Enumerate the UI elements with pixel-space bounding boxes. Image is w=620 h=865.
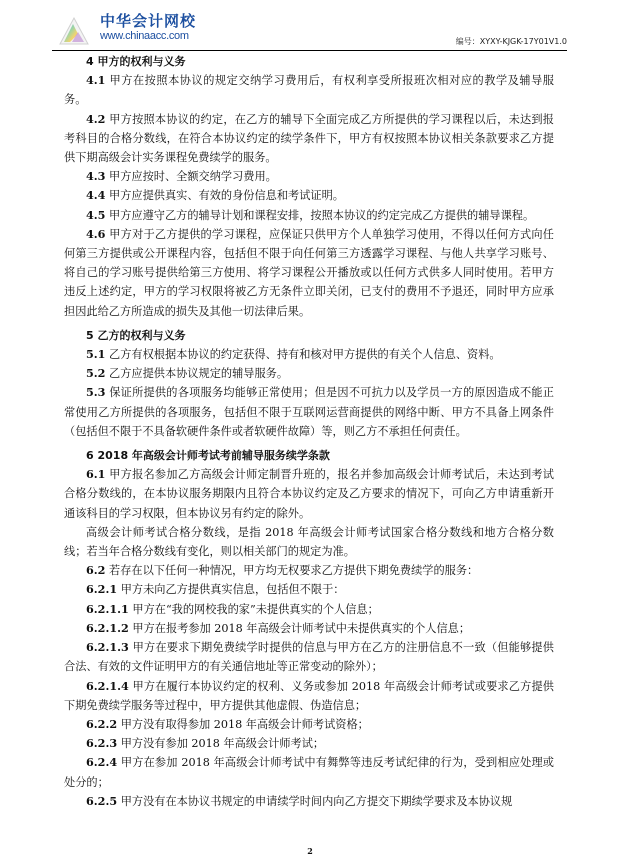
header-rule <box>52 50 567 51</box>
clause: 6.2 若存在以下任何一种情况，甲方均无权要求乙方提供下期免费续学的服务： <box>64 561 554 580</box>
clause-number: 6.2.4 <box>86 755 117 769</box>
clause: 4.4 甲方应提供真实、有效的身份信息和考试证明。 <box>64 186 554 205</box>
clause: 5.3 保证所提供的各项服务均能够正常使用；但是因不可抗力以及学员一方的原因造成… <box>64 383 554 441</box>
brand-url: www.chinaacc.com <box>100 30 196 43</box>
clause: 高级会计师考试合格分数线，是指 2018 年高级会计师考试国家合格分数线和地方合… <box>64 523 554 561</box>
clause-text: 甲方应遵守乙方的辅导计划和课程安排，按照本协议的约定完成乙方提供的辅导课程。 <box>105 209 534 222</box>
clause-number: 4.5 <box>86 208 105 222</box>
clause: 6.2.1.4 甲方在履行本协议约定的权利、义务或参加 2018 年高级会计师考… <box>64 677 554 715</box>
clause-number: 6.2.3 <box>86 736 117 750</box>
clause-text: 甲方没有在本协议书规定的申请续学时间内向乙方提交下期续学要求及本协议规 <box>117 795 512 808</box>
clause-number: 4.6 <box>86 227 105 241</box>
clause-number: 6.2.1.2 <box>86 621 129 635</box>
clause: 6.1 甲方报名参加乙方高级会计师定制晋升班的，报名并参加高级会计师考试后，未达… <box>64 465 554 523</box>
clause: 6.2.2 甲方没有取得参加 2018 年高级会计师考试资格； <box>64 715 554 734</box>
clause: 4.2 甲方按照本协议的约定，在乙方的辅导下全面完成乙方所提供的学习课程以后，未… <box>64 110 554 168</box>
clause-number: 6.2.1.1 <box>86 602 129 616</box>
clause-number: 6.2 <box>86 563 105 577</box>
clause-number: 6.2.1.3 <box>86 640 129 654</box>
clause-text: 甲方在参加 2018 年高级会计师考试中有舞弊等违反考试纪律的行为，受到相应处理… <box>64 756 554 788</box>
clause-text: 甲方在报考参加 2018 年高级会计师考试中未提供真实的个人信息； <box>129 622 470 635</box>
clause-text: 若存在以下任何一种情况，甲方均无权要求乙方提供下期免费续学的服务： <box>105 564 478 577</box>
clause-text: 甲方对于乙方提供的学习课程，应保证只供甲方个人单独学习使用，不得以任何方式向任何… <box>64 228 554 318</box>
clause-number: 5.1 <box>86 347 105 361</box>
clause: 6.2.1.3 甲方在要求下期免费续学时提供的信息与甲方在乙方的注册信息不一致（… <box>64 638 554 676</box>
clause: 5.2 乙方应提供本协议规定的辅导服务。 <box>64 364 554 383</box>
page-header: 中华会计网校 www.chinaacc.com 编号：XYXY-KJGK-17Y… <box>52 10 567 50</box>
clause: 6.2.1 甲方未向乙方提供真实信息，包括但不限于： <box>64 580 554 599</box>
clause: 4.1 甲方在按照本协议的规定交纳学习费用后，有权利享受所报班次相对应的教学及辅… <box>64 71 554 109</box>
clause-text: 甲方报名参加乙方高级会计师定制晋升班的，报名并参加高级会计师考试后，未达到考试合… <box>64 468 554 519</box>
clause-number: 6.2.1.4 <box>86 679 129 693</box>
brand-name: 中华会计网校 <box>100 12 196 30</box>
clause-text: 甲方没有参加 2018 年高级会计师考试； <box>117 737 324 750</box>
clause: 6.2.1.1 甲方在“我的网校我的家”未提供真实的个人信息； <box>64 600 554 619</box>
brand: 中华会计网校 www.chinaacc.com <box>100 12 196 43</box>
clause-number: 6.1 <box>86 467 105 481</box>
clause-text: 乙方有权根据本协议的约定获得、持有和核对甲方提供的有关个人信息、资料。 <box>105 348 500 361</box>
clause-text: 甲方没有取得参加 2018 年高级会计师考试资格； <box>117 718 369 731</box>
clause: 6.2.4 甲方在参加 2018 年高级会计师考试中有舞弊等违反考试纪律的行为，… <box>64 753 554 791</box>
clause: 6.2.5 甲方没有在本协议书规定的申请续学时间内向乙方提交下期续学要求及本协议… <box>64 792 554 811</box>
clause-number: 4.1 <box>86 73 105 87</box>
clause-text: 高级会计师考试合格分数线，是指 2018 年高级会计师考试国家合格分数线和地方合… <box>64 526 554 558</box>
clause-text: 保证所提供的各项服务均能够正常使用；但是因不可抗力以及学员一方的原因造成不能正常… <box>64 386 554 437</box>
chinaacc-logo-icon <box>58 14 92 46</box>
section-heading: 5 乙方的权利与义务 <box>64 326 554 345</box>
document-code: 编号：XYXY-KJGK-17Y01V1.0 <box>456 36 567 47</box>
clause-number: 6.2.1 <box>86 582 117 596</box>
clause: 4.5 甲方应遵守乙方的辅导计划和课程安排，按照本协议的约定完成乙方提供的辅导课… <box>64 206 554 225</box>
clause-text: 乙方应提供本协议规定的辅导服务。 <box>105 367 288 380</box>
clause-number: 5.3 <box>86 385 105 399</box>
clause-text: 甲方应提供真实、有效的身份信息和考试证明。 <box>105 189 344 202</box>
clause-text: 甲方在“我的网校我的家”未提供真实的个人信息； <box>129 603 379 616</box>
clause-text: 甲方在要求下期免费续学时提供的信息与甲方在乙方的注册信息不一致（但能够提供合法、… <box>64 641 554 673</box>
clause: 4.6 甲方对于乙方提供的学习课程，应保证只供甲方个人单独学习使用，不得以任何方… <box>64 225 554 321</box>
clause-number: 5.2 <box>86 366 105 380</box>
clause-text: 甲方在履行本协议约定的权利、义务或参加 2018 年高级会计师考试或要求乙方提供… <box>64 680 554 712</box>
page-number: 2 <box>0 846 620 856</box>
section-heading: 4 甲方的权利与义务 <box>64 52 554 71</box>
clause: 6.2.3 甲方没有参加 2018 年高级会计师考试； <box>64 734 554 753</box>
clause: 5.1 乙方有权根据本协议的约定获得、持有和核对甲方提供的有关个人信息、资料。 <box>64 345 554 364</box>
clause: 6.2.1.2 甲方在报考参加 2018 年高级会计师考试中未提供真实的个人信息… <box>64 619 554 638</box>
clause-text: 甲方按照本协议的约定，在乙方的辅导下全面完成乙方所提供的学习课程以后，未达到报考… <box>64 113 554 164</box>
clause-text: 甲方在按照本协议的规定交纳学习费用后，有权利享受所报班次相对应的教学及辅导服务。 <box>64 74 554 106</box>
document-body: 4 甲方的权利与义务 4.1 甲方在按照本协议的规定交纳学习费用后，有权利享受所… <box>64 52 554 811</box>
section-heading: 6 2018 年高级会计师考试考前辅导服务续学条款 <box>64 446 554 465</box>
clause: 4.3 甲方应按时、全额交纳学习费用。 <box>64 167 554 186</box>
clause-number: 6.2.2 <box>86 717 117 731</box>
clause-number: 4.3 <box>86 169 105 183</box>
clause-text: 甲方未向乙方提供真实信息，包括但不限于： <box>117 583 344 596</box>
clause-number: 6.2.5 <box>86 794 117 808</box>
clause-number: 4.2 <box>86 112 105 126</box>
clause-text: 甲方应按时、全额交纳学习费用。 <box>105 170 276 183</box>
clause-number: 4.4 <box>86 188 105 202</box>
